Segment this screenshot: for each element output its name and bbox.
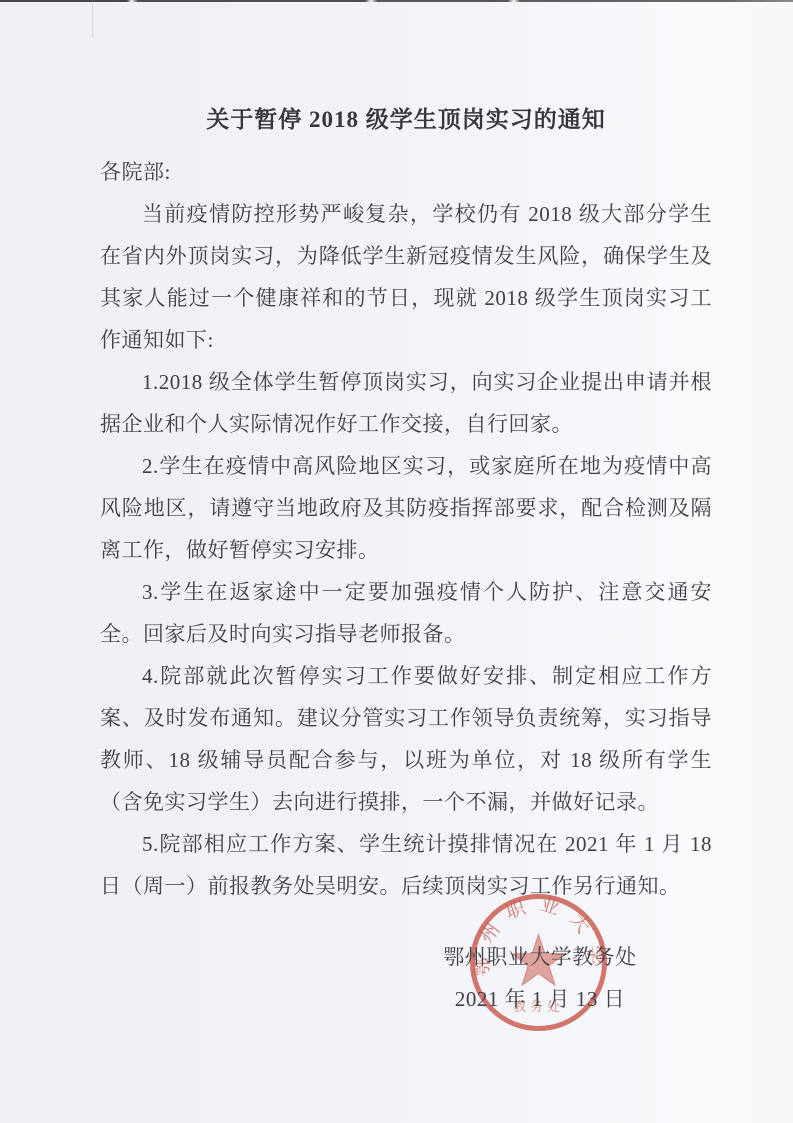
notice-body: 各院部: 当前疫情防控形势严峻复杂，学校仍有 2018 级大部分学生在省内外顶岗… [100, 151, 712, 907]
scan-edge-artifact [0, 0, 793, 2]
signature-date: 2021 年 1 月 13 日 [380, 978, 700, 1020]
notice-paragraph: 2.学生在疫情中高风险地区实习，或家庭所在地为疫情中高风险地区，请遵守当地政府及… [100, 445, 712, 571]
scanned-notice-page: 关于暂停 2018 级学生顶岗实习的通知 各院部: 当前疫情防控形势严峻复杂，学… [0, 0, 793, 1123]
notice-paragraph: 当前疫情防控形势严峻复杂，学校仍有 2018 级大部分学生在省内外顶岗实习，为降… [100, 193, 712, 361]
signer-name: 鄂州职业大学教务处 [380, 936, 700, 978]
notice-salutation: 各院部: [100, 151, 712, 193]
notice-title: 关于暂停 2018 级学生顶岗实习的通知 [100, 103, 712, 137]
notice-paragraph: 4.院部就此次暂停实习工作要做好安排、制定相应工作方案、及时发布通知。建议分管实… [100, 655, 712, 823]
notice-paragraph: 5.院部相应工作方案、学生统计摸排情况在 2021 年 1 月 18 日（周一）… [100, 823, 712, 907]
notice-document: 关于暂停 2018 级学生顶岗实习的通知 各院部: 当前疫情防控形势严峻复杂，学… [100, 103, 712, 907]
notice-paragraph: 1.2018 级全体学生暂停顶岗实习，向实习企业提出申请并根据企业和个人实际情况… [100, 361, 712, 445]
scan-streak-artifact [92, 0, 93, 38]
signature-block: 鄂州职业大学教务处 2021 年 1 月 13 日 [380, 936, 700, 1020]
notice-paragraph: 3.学生在返家途中一定要加强疫情个人防护、注意交通安全。回家后及时向实习指导老师… [100, 571, 712, 655]
